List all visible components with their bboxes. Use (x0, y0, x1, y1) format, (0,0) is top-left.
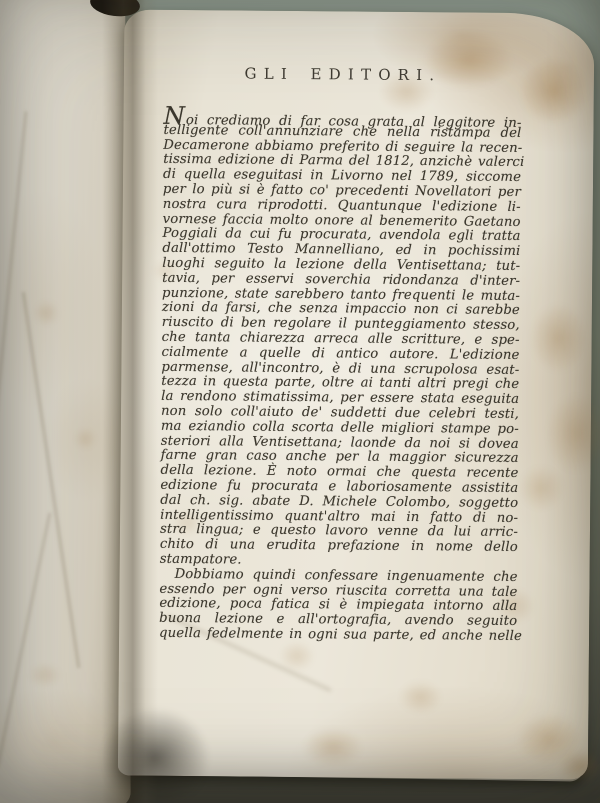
right-page: GLI EDITORI. Noi crediamo di far cosa gr… (118, 9, 595, 779)
page-heading: GLI EDITORI. (164, 64, 522, 85)
foxing-stain (303, 727, 363, 768)
paper-crease (0, 111, 28, 529)
foxing-stain (545, 393, 600, 474)
foxing-stain (398, 680, 442, 714)
gutter-bottom-shadow (100, 708, 210, 803)
foxing-stain (74, 428, 96, 450)
foxing-stain (518, 465, 564, 511)
foxing-stain (28, 662, 62, 688)
foxing-stain (33, 300, 59, 326)
gutter-shadow (102, 0, 158, 803)
text-line: quella fedelmente in ogni sua parte, ed … (159, 627, 517, 645)
text-block: GLI EDITORI. Noi crediamo di far cosa gr… (159, 64, 522, 645)
book-photo: GLI EDITORI. Noi crediamo di far cosa gr… (0, 0, 600, 803)
body-text: Noi crediamo di far cosa grata al leggit… (159, 109, 522, 645)
foxing-stain (558, 749, 600, 783)
foxing-stain (519, 58, 590, 125)
paper-crease (0, 512, 52, 767)
foxing-stain (529, 303, 588, 374)
